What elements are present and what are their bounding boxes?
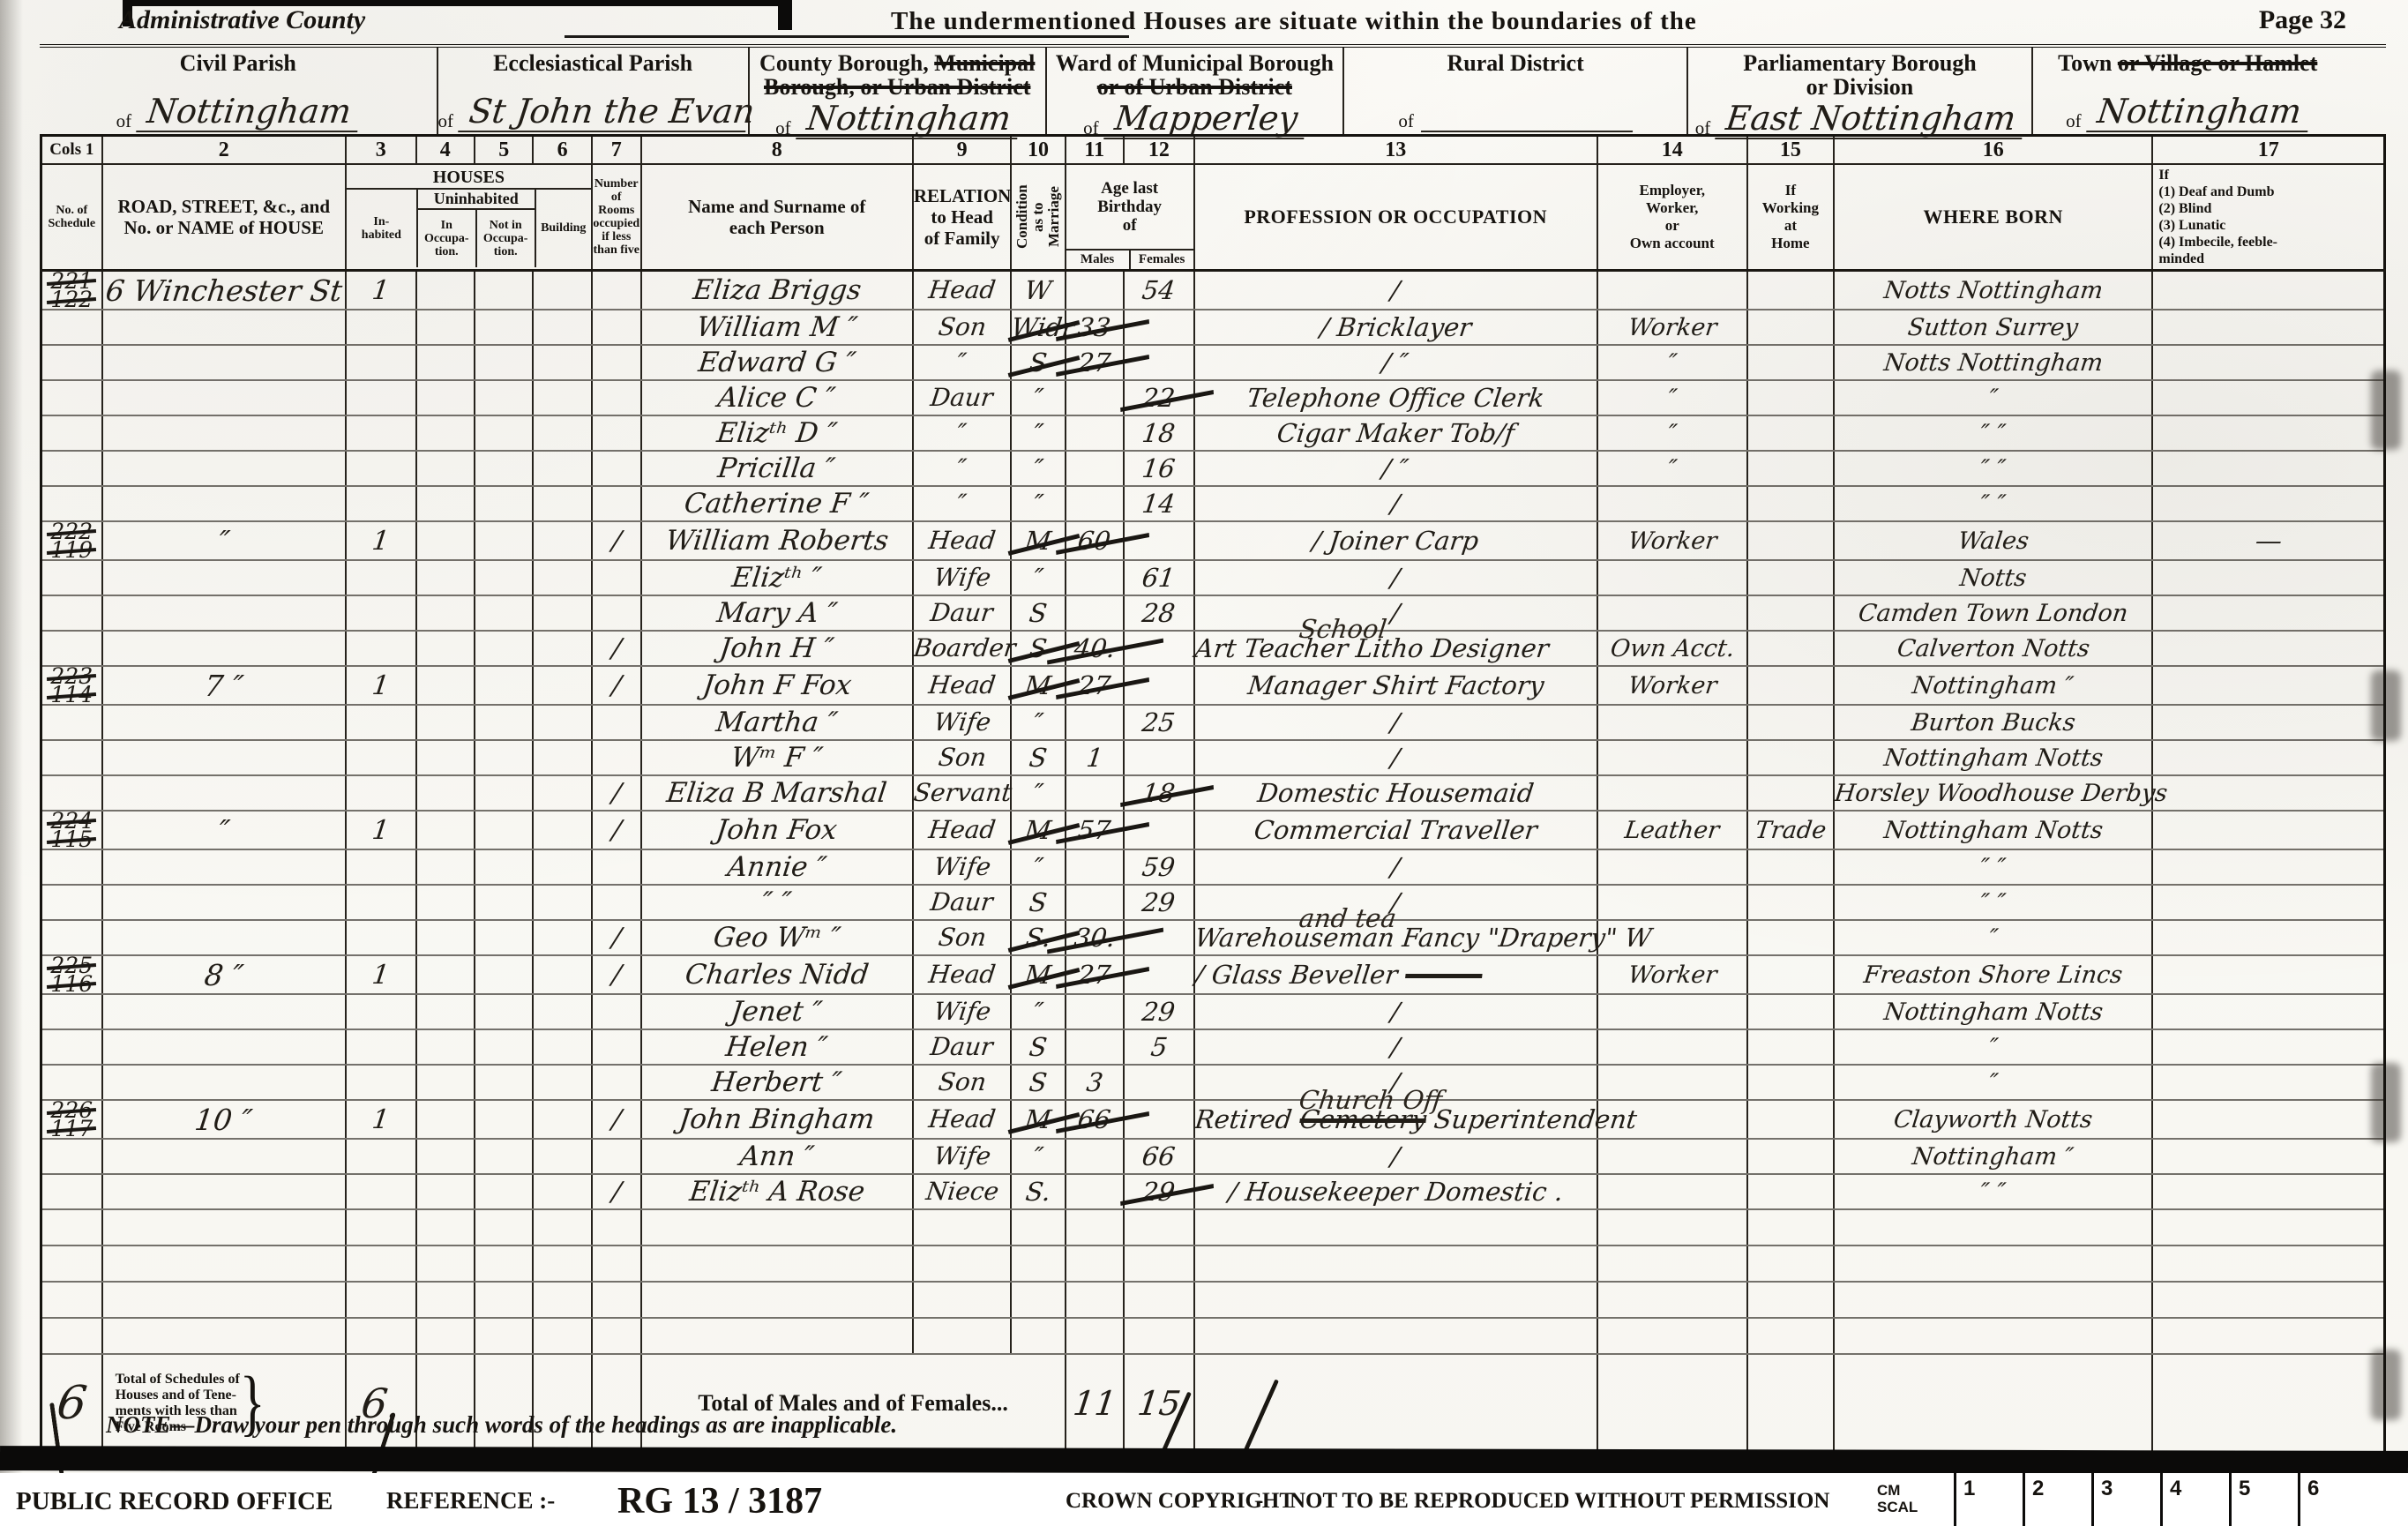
cell-age_m (1066, 885, 1124, 920)
cell-name: Herbert ″ (641, 1065, 913, 1100)
cell-bldg (533, 775, 591, 811)
cell-emp (1597, 1139, 1747, 1174)
scan-edge (0, 0, 23, 1526)
empty-cell (41, 1282, 102, 1318)
cell-notocc (475, 415, 533, 451)
cell-home (1747, 415, 1834, 451)
cell-rooms: / (592, 631, 641, 666)
cell-sched (41, 486, 102, 521)
cell-inocc (416, 994, 475, 1029)
cell-sched (41, 775, 102, 811)
col-number: 12 (1124, 136, 1194, 165)
cell-occ: Manager Shirt Factory (1194, 666, 1597, 705)
empty-cell (102, 1209, 346, 1245)
col-number: 17 (2152, 136, 2384, 165)
cell-occ: and teaWarehouseman Fancy "Drapery" W (1194, 920, 1597, 955)
cell-infirm (2152, 994, 2384, 1029)
cell-inh (346, 345, 416, 380)
cell-rel: Daur (913, 380, 1012, 415)
cell-cond: ″ (1011, 994, 1065, 1029)
cell-infirm: — (2152, 521, 2384, 560)
cell-age_m: 27 (1066, 345, 1124, 380)
cell-sched (41, 885, 102, 920)
cell-emp: ″ (1597, 345, 1747, 380)
district-label: County Borough, Municipal Borough, or Ur… (750, 51, 1045, 99)
cell-rel: ″ (913, 451, 1012, 486)
cell-addr (102, 1065, 346, 1100)
census-row: 2211226 Winchester St1Eliza BriggsHeadW5… (41, 271, 2385, 310)
cell-inh (346, 595, 416, 631)
district-label: Rural District (1447, 51, 1584, 75)
cell-home (1747, 451, 1834, 486)
cell-sched (41, 1139, 102, 1174)
cell-cond: ″ (1011, 415, 1065, 451)
cell-age_m (1066, 380, 1124, 415)
cell-inh (346, 885, 416, 920)
cell-inh (346, 415, 416, 451)
cell-name: Eliza Briggs (641, 271, 913, 310)
cell-bldg (533, 1139, 591, 1174)
cell-inocc (416, 415, 475, 451)
cell-born: Calverton Notts (1834, 631, 2152, 666)
cell-inocc (416, 631, 475, 666)
cell-born: ″ ″ (1834, 486, 2152, 521)
cell-sched (41, 595, 102, 631)
empty-cell (346, 1318, 416, 1354)
cell-rooms (592, 560, 641, 595)
cell-cond: S (1011, 740, 1065, 775)
district-value: ofNottingham (2033, 92, 2343, 134)
scan-black-band (0, 1446, 2408, 1476)
administrative-county-label: Administrative County (119, 5, 365, 35)
cell-inh (346, 705, 416, 740)
empty-cell (913, 1282, 1012, 1318)
cell-age_f (1124, 345, 1194, 380)
cell-born: Notts Nottingham (1834, 271, 2152, 310)
cell-inocc (416, 1029, 475, 1065)
header-houses-group: HOUSES In- habited Uninhabited In Occupa… (346, 164, 592, 271)
cell-notocc (475, 560, 533, 595)
cell-home (1747, 560, 1834, 595)
cell-occ: / (1194, 1139, 1597, 1174)
cell-sched: 226117 (41, 1100, 102, 1139)
cell-born: Nottingham Notts (1834, 994, 2152, 1029)
cell-addr: 10 ″ (102, 1100, 346, 1139)
district-cell: Ward of Municipal Borough or of Urban Di… (1047, 48, 1344, 134)
cell-home (1747, 740, 1834, 775)
cell-infirm (2152, 310, 2384, 345)
empty-row (41, 1282, 2385, 1318)
cell-cond: S (1011, 1065, 1065, 1100)
cell-emp (1597, 560, 1747, 595)
column-numbers-row: Cols 1234567891011121314151617 (41, 136, 2385, 165)
cell-inocc (416, 380, 475, 415)
cell-bldg (533, 811, 591, 849)
empty-cell (592, 1282, 641, 1318)
cell-age_f: 5 (1124, 1029, 1194, 1065)
cell-rooms (592, 1139, 641, 1174)
cell-age_m (1066, 451, 1124, 486)
cell-rooms: / (592, 920, 641, 955)
cell-name: ″ ″ (641, 885, 913, 920)
cell-inocc (416, 1065, 475, 1100)
cell-home (1747, 666, 1834, 705)
district-label: Civil Parish (180, 51, 296, 75)
cell-rel: Son (913, 310, 1012, 345)
cell-infirm (2152, 486, 2384, 521)
cell-occ: / (1194, 1029, 1597, 1065)
cell-addr: ″ (102, 811, 346, 849)
cell-rel: Daur (913, 595, 1012, 631)
cell-occ: Domestic Housemaid (1194, 775, 1597, 811)
cell-rooms (592, 849, 641, 885)
cell-bldg (533, 631, 591, 666)
cell-age_f (1124, 1065, 1194, 1100)
header-not-in-occupation: Not in Occupa- tion. (483, 219, 528, 258)
cell-inh (346, 1174, 416, 1209)
cell-addr (102, 451, 346, 486)
cell-bldg (533, 451, 591, 486)
district-value: ofNottingham (40, 92, 437, 134)
cell-rooms (592, 885, 641, 920)
cell-rel: Wife (913, 560, 1012, 595)
cell-notocc (475, 1174, 533, 1209)
census-row: /Elizᵗʰ A RoseNieceS.29/ Housekeeper Dom… (41, 1174, 2385, 1209)
cell-age_f: 29 (1124, 885, 1194, 920)
cell-occ: / Housekeeper Domestic . (1194, 1174, 1597, 1209)
empty-cell (1747, 1282, 1834, 1318)
ruler-cell: 4 (2160, 1473, 2229, 1526)
empty-cell (1124, 1282, 1194, 1318)
empty-cell (1011, 1282, 1065, 1318)
cell-rooms (592, 271, 641, 310)
col-number: Cols 1 (41, 136, 102, 165)
footer-dash: - (1256, 1489, 1263, 1514)
census-row: 2251168 ″1/Charles NiddHeadM27/ Glass Be… (41, 955, 2385, 994)
cell-age_m (1066, 994, 1124, 1029)
cell-addr (102, 595, 346, 631)
cell-cond: S (1011, 595, 1065, 631)
cell-occ: Commercial Traveller (1194, 811, 1597, 849)
cell-inocc (416, 885, 475, 920)
cell-emp (1597, 1065, 1747, 1100)
empty-cell (41, 1318, 102, 1354)
cell-rooms (592, 486, 641, 521)
census-row: Martha ″Wife″25/Burton Bucks (41, 705, 2385, 740)
cell-name: John Fox (641, 811, 913, 849)
empty-cell (1834, 1354, 2152, 1453)
cell-bldg (533, 521, 591, 560)
cell-born: ″ (1834, 1065, 2152, 1100)
cell-notocc (475, 271, 533, 310)
empty-cell (1066, 1318, 1124, 1354)
census-row: Helen ″DaurS5/″ (41, 1029, 2385, 1065)
cell-home (1747, 920, 1834, 955)
cell-bldg (533, 560, 591, 595)
census-row: Ann ″Wife″66/Nottingham ″ (41, 1139, 2385, 1174)
cell-inocc (416, 849, 475, 885)
cell-cond: S (1011, 885, 1065, 920)
cell-cond: ″ (1011, 775, 1065, 811)
cell-addr (102, 631, 346, 666)
cell-rooms: / (592, 1174, 641, 1209)
cell-addr (102, 705, 346, 740)
header-rooms: Number of Rooms occupied if less than fi… (592, 164, 641, 271)
empty-cell (2152, 1209, 2384, 1245)
empty-cell (1194, 1209, 1597, 1245)
cell-born: Nottingham Notts (1834, 811, 2152, 849)
cell-occ: / Joiner Carp (1194, 521, 1597, 560)
cell-rooms: / (592, 666, 641, 705)
cell-occ: / ″ (1194, 345, 1597, 380)
empty-cell (475, 1282, 533, 1318)
census-row: Jenet ″Wife″29/Nottingham Notts (41, 994, 2385, 1029)
cell-sched (41, 849, 102, 885)
cell-notocc (475, 740, 533, 775)
cell-age_f (1124, 955, 1194, 994)
cell-bldg (533, 1065, 591, 1100)
cell-age_m (1066, 849, 1124, 885)
cell-rel: Head (913, 955, 1012, 994)
cell-rel: Boarder (913, 631, 1012, 666)
cell-occ: SchoolArt Teacher Litho Designer (1194, 631, 1597, 666)
cell-rooms (592, 451, 641, 486)
district-value: of (1344, 110, 1686, 134)
header-inhabited: In- habited (362, 215, 401, 242)
cell-addr: ″ (102, 521, 346, 560)
empty-cell (592, 1209, 641, 1245)
cell-age_f (1124, 811, 1194, 849)
cell-inh: 1 (346, 666, 416, 705)
empty-cell (102, 1245, 346, 1282)
empty-cell (1011, 1245, 1065, 1282)
cell-age_f (1124, 920, 1194, 955)
cell-addr (102, 415, 346, 451)
column-headers-row: No. of Schedule ROAD, STREET, &c., and N… (41, 164, 2385, 271)
empty-cell (41, 1245, 102, 1282)
cell-sched (41, 1174, 102, 1209)
cell-inocc (416, 920, 475, 955)
cell-notocc (475, 666, 533, 705)
footer-reference-label: REFERENCE :- (386, 1487, 555, 1515)
cell-name: John H ″ (641, 631, 913, 666)
empty-cell (1747, 1318, 1834, 1354)
cell-home (1747, 994, 1834, 1029)
header-building: Building (541, 221, 586, 235)
census-row: /Eliza B MarshalServant″18Domestic House… (41, 775, 2385, 811)
cell-occ: / (1194, 740, 1597, 775)
cell-emp (1597, 775, 1747, 811)
cell-born: Burton Bucks (1834, 705, 2152, 740)
cell-infirm (2152, 1174, 2384, 1209)
cell-name: Jenet ″ (641, 994, 913, 1029)
cell-born: ″ ″ (1834, 1174, 2152, 1209)
cell-home (1747, 1029, 1834, 1065)
cell-inh (346, 486, 416, 521)
cell-cond: ″ (1011, 380, 1065, 415)
col-number: 5 (475, 136, 533, 165)
cell-home (1747, 1139, 1834, 1174)
cell-occ: / (1194, 271, 1597, 310)
cell-sched (41, 740, 102, 775)
empty-cell (1066, 1209, 1124, 1245)
cell-inocc (416, 560, 475, 595)
cell-born: ″ ″ (1834, 849, 2152, 885)
cell-emp: Own Acct. (1597, 631, 1747, 666)
empty-cell (913, 1318, 1012, 1354)
cell-addr (102, 1174, 346, 1209)
cell-inh (346, 994, 416, 1029)
cell-emp: ″ (1597, 451, 1747, 486)
cell-born: Nottingham ″ (1834, 666, 2152, 705)
col-number: 4 (416, 136, 475, 165)
empty-cell (2152, 1282, 2384, 1318)
cell-name: Catherine F ″ (641, 486, 913, 521)
cell-bldg (533, 666, 591, 705)
cell-cond: ″ (1011, 705, 1065, 740)
cell-infirm (2152, 345, 2384, 380)
cell-born: Notts (1834, 560, 2152, 595)
cell-sched: 221122 (41, 271, 102, 310)
district-cell: County Borough, Municipal Borough, or Ur… (750, 48, 1047, 134)
cell-age_m: 27 (1066, 955, 1124, 994)
cell-name: Alice C ″ (641, 380, 913, 415)
cell-age_f: 54 (1124, 271, 1194, 310)
cell-rooms (592, 310, 641, 345)
cell-born: Sutton Surrey (1834, 310, 2152, 345)
cell-sched (41, 345, 102, 380)
cell-sched: 223114 (41, 666, 102, 705)
cell-emp: Worker (1597, 521, 1747, 560)
census-row: Alice C ″Daur″22Telephone Office Clerk″″ (41, 380, 2385, 415)
cell-age_m: 40. (1066, 631, 1124, 666)
census-row: 222119″1/William RobertsHeadM60/ Joiner … (41, 521, 2385, 560)
cell-notocc (475, 1139, 533, 1174)
cell-inh (346, 920, 416, 955)
cell-inocc (416, 705, 475, 740)
cell-inocc (416, 666, 475, 705)
cell-notocc (475, 849, 533, 885)
cell-rooms (592, 345, 641, 380)
total-males-value: 11 (1066, 1354, 1124, 1453)
cell-born: Clayworth Notts (1834, 1100, 2152, 1139)
cell-sched (41, 705, 102, 740)
empty-cell (1194, 1245, 1597, 1282)
cell-rooms (592, 415, 641, 451)
empty-row (41, 1245, 2385, 1282)
cell-bldg (533, 740, 591, 775)
cell-emp: ″ (1597, 415, 1747, 451)
cell-rooms (592, 740, 641, 775)
empty-cell (1011, 1318, 1065, 1354)
cell-inh (346, 849, 416, 885)
cell-name: Martha ″ (641, 705, 913, 740)
cell-addr (102, 380, 346, 415)
footnote: NOTE—Draw your pen through such words of… (106, 1411, 897, 1439)
cell-addr (102, 1029, 346, 1065)
cell-infirm (2152, 380, 2384, 415)
empty-cell (1194, 1282, 1597, 1318)
col-number: 8 (641, 136, 913, 165)
district-cell: Civil ParishofNottingham (40, 48, 438, 134)
cell-infirm (2152, 811, 2384, 849)
cell-infirm (2152, 666, 2384, 705)
cell-rooms (592, 595, 641, 631)
cell-rooms: / (592, 775, 641, 811)
cell-home (1747, 1100, 1834, 1139)
cell-inocc (416, 1174, 475, 1209)
col-number: 11 (1066, 136, 1124, 165)
cell-notocc (475, 521, 533, 560)
cell-inocc (416, 595, 475, 631)
cell-inocc (416, 310, 475, 345)
cell-emp: Leather (1597, 811, 1747, 849)
cell-inocc (416, 811, 475, 849)
cell-emp (1597, 595, 1747, 631)
header-occupation: PROFESSION OR OCCUPATION (1194, 164, 1597, 271)
cell-name: John Bingham (641, 1100, 913, 1139)
cell-bldg (533, 1029, 591, 1065)
cell-inh (346, 560, 416, 595)
cell-home (1747, 595, 1834, 631)
census-row: William M ″SonWidr33/ BricklayerWorkerSu… (41, 310, 2385, 345)
empty-cell (1834, 1209, 2152, 1245)
cell-bldg (533, 994, 591, 1029)
cell-cond: ″ (1011, 560, 1065, 595)
cell-rel: Son (913, 740, 1012, 775)
cell-name: Edward G ″ (641, 345, 913, 380)
empty-cell (1834, 1282, 2152, 1318)
district-label: Parliamentary Boroughor Division (1743, 51, 1977, 99)
cell-emp (1597, 486, 1747, 521)
census-row: /John H ″BoarderS40.SchoolArt Teacher Li… (41, 631, 2385, 666)
cell-home: Trade (1747, 811, 1834, 849)
census-row: Herbert ″SonS3/″ (41, 1065, 2385, 1100)
cell-rel: Wife (913, 1139, 1012, 1174)
cell-born: ″ ″ (1834, 415, 2152, 451)
cell-infirm (2152, 271, 2384, 310)
cell-inocc (416, 955, 475, 994)
cell-inh: 1 (346, 271, 416, 310)
cell-rel: Daur (913, 1029, 1012, 1065)
cell-notocc (475, 345, 533, 380)
header-in-occupation: In Occupa- tion. (424, 219, 469, 258)
cell-home (1747, 631, 1834, 666)
district-label: Town or Village or Hamlet (2058, 51, 2317, 75)
cell-cond: ″ (1011, 849, 1065, 885)
cell-age_f: 28 (1124, 595, 1194, 631)
cell-infirm (2152, 955, 2384, 994)
cell-inh (346, 1029, 416, 1065)
cell-age_m (1066, 1029, 1124, 1065)
cell-home (1747, 380, 1834, 415)
cell-name: Mary A ″ (641, 595, 913, 631)
cell-notocc (475, 994, 533, 1029)
cell-notocc (475, 310, 533, 345)
col-number: 16 (1834, 136, 2152, 165)
header-street: ROAD, STREET, &c., and No. or NAME of HO… (102, 164, 346, 271)
empty-cell (1124, 1245, 1194, 1282)
cell-emp (1597, 1174, 1747, 1209)
cell-age_f: 22 (1124, 380, 1194, 415)
cell-inh (346, 1065, 416, 1100)
cell-infirm (2152, 1139, 2384, 1174)
cell-home (1747, 705, 1834, 740)
empty-cell (475, 1245, 533, 1282)
header-home: If Working at Home (1747, 164, 1834, 271)
cell-born: ″ (1834, 380, 2152, 415)
census-row: Mary A ″DaurS28/Camden Town London (41, 595, 2385, 631)
